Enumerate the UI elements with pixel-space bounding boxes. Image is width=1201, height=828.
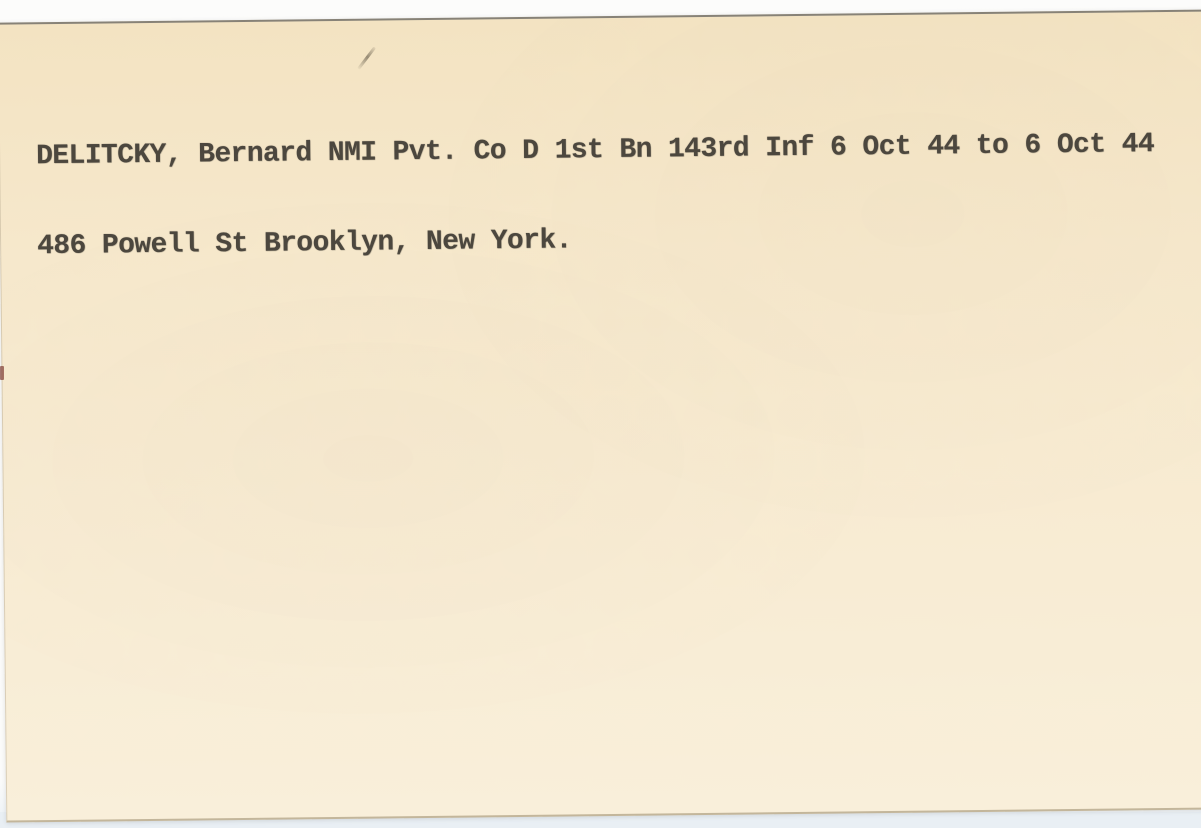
- left-margin-red-mark: [0, 366, 4, 380]
- card-text-line-2: 486 Powell St Brooklyn, New York.: [37, 220, 1155, 262]
- pencil-scratch-mark: [357, 46, 376, 69]
- index-card: DELITCKY, Bernard NMI Pvt. Co D 1st Bn 1…: [0, 9, 1201, 822]
- card-text-line-1: DELITCKY, Bernard NMI Pvt. Co D 1st Bn 1…: [36, 130, 1154, 172]
- scan-background: DELITCKY, Bernard NMI Pvt. Co D 1st Bn 1…: [0, 0, 1201, 828]
- typewritten-text: DELITCKY, Bernard NMI Pvt. Co D 1st Bn 1…: [35, 70, 1156, 322]
